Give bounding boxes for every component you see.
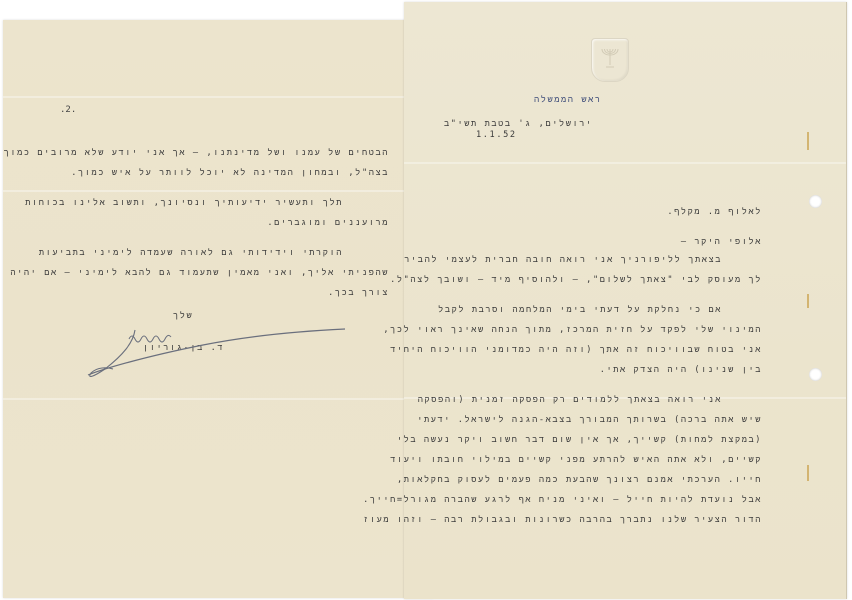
ink-mark: [807, 294, 809, 308]
letter-page-1: ראש הממשלה ירושלים, ג' בטבת תשי"ב 1.1.52…: [404, 2, 847, 599]
text-line: אני רואה בצאתך ללמודים רק הפסקה זמנית (ו…: [418, 395, 722, 405]
text-line: תלך ותעשיר ידיעותיך ונסיונך, ותשוב אלינו…: [25, 198, 343, 208]
text-line: בצה"ל, ובמחון המדינה לא יוכל לוותר על אי…: [71, 168, 389, 178]
text-line: אני בטוח שבוויכוח זה אתך (וזה היה כמדומנ…: [390, 345, 762, 355]
menorah-emblem-icon: [591, 38, 629, 82]
closing: שלך: [173, 311, 193, 321]
text-line: חייו. הערכתי אמנם רצונך שהבעת כמה פעמים …: [397, 475, 762, 485]
text-line: לך מעוסק לבי "צאתך לשלום", — ולהוסיף מיד…: [390, 275, 762, 285]
text-line: הבטחים של עמנו ושל מדינתנו, — אך אני יוד…: [4, 148, 389, 158]
text-line: מרועננים ומוגברים.: [267, 218, 389, 228]
punch-hole: [809, 195, 822, 208]
letter-page-2: .2. הבטחים של עמנו ושל מדינתנו, — אך אני…: [3, 20, 433, 598]
text-line: (במקצת למחות) קשייך, אך אין שום דבר חשוב…: [397, 435, 762, 445]
handwritten-signature: [83, 325, 353, 389]
text-line: שהפניתי אליך, ואני מאמין שתעמוד גם להבא …: [10, 268, 389, 278]
text-line: הדור הצעיר שלנו נתברך בהרבה כשרונות ובגב…: [363, 515, 762, 525]
text-line: בצאתך לליפורניך אני רואה חובה חברית לעצמ…: [404, 255, 722, 265]
date-gregorian: 1.1.52: [476, 130, 517, 140]
text-line: הוקרתי וידידותי גם לאורה שעמדה לימיני בת…: [39, 248, 343, 258]
text-line: המינוי שלי לפקד על חזית המרכז, מתוך הנחה…: [383, 325, 762, 335]
recipient: לאלוף מ. מקלף.: [667, 207, 762, 217]
text-line: בין שנינו) היה הצדק אתי.: [600, 365, 762, 375]
paper-fold: [3, 398, 433, 400]
paper-fold: [404, 162, 846, 164]
office-title: ראש הממשלה: [534, 95, 602, 105]
text-line: אבל נועדת להיות חייל — ואיני מניח אף לרג…: [363, 495, 762, 505]
salutation: אלופי היקר —: [681, 237, 762, 247]
ink-mark: [807, 132, 809, 150]
ink-mark: [807, 465, 809, 481]
page-number: .2.: [60, 105, 76, 115]
punch-hole: [809, 368, 822, 381]
paper-fold: [3, 190, 433, 192]
place-date-hebrew: ירושלים, ג' בטבת תשי"ב: [444, 119, 593, 129]
text-line: צורך בכך.: [328, 288, 389, 298]
text-line: אם כי נחלקת על דעתי בימי המלחמה וסרבת לק…: [438, 305, 722, 315]
paper-fold: [3, 96, 433, 98]
text-line: שיש אתה ברכה) בשרותך המבורך בצבא-הגנה לי…: [417, 415, 762, 425]
text-line: קשיים, ולא אתה האיש להרתע מפני קשיים במי…: [390, 455, 762, 465]
